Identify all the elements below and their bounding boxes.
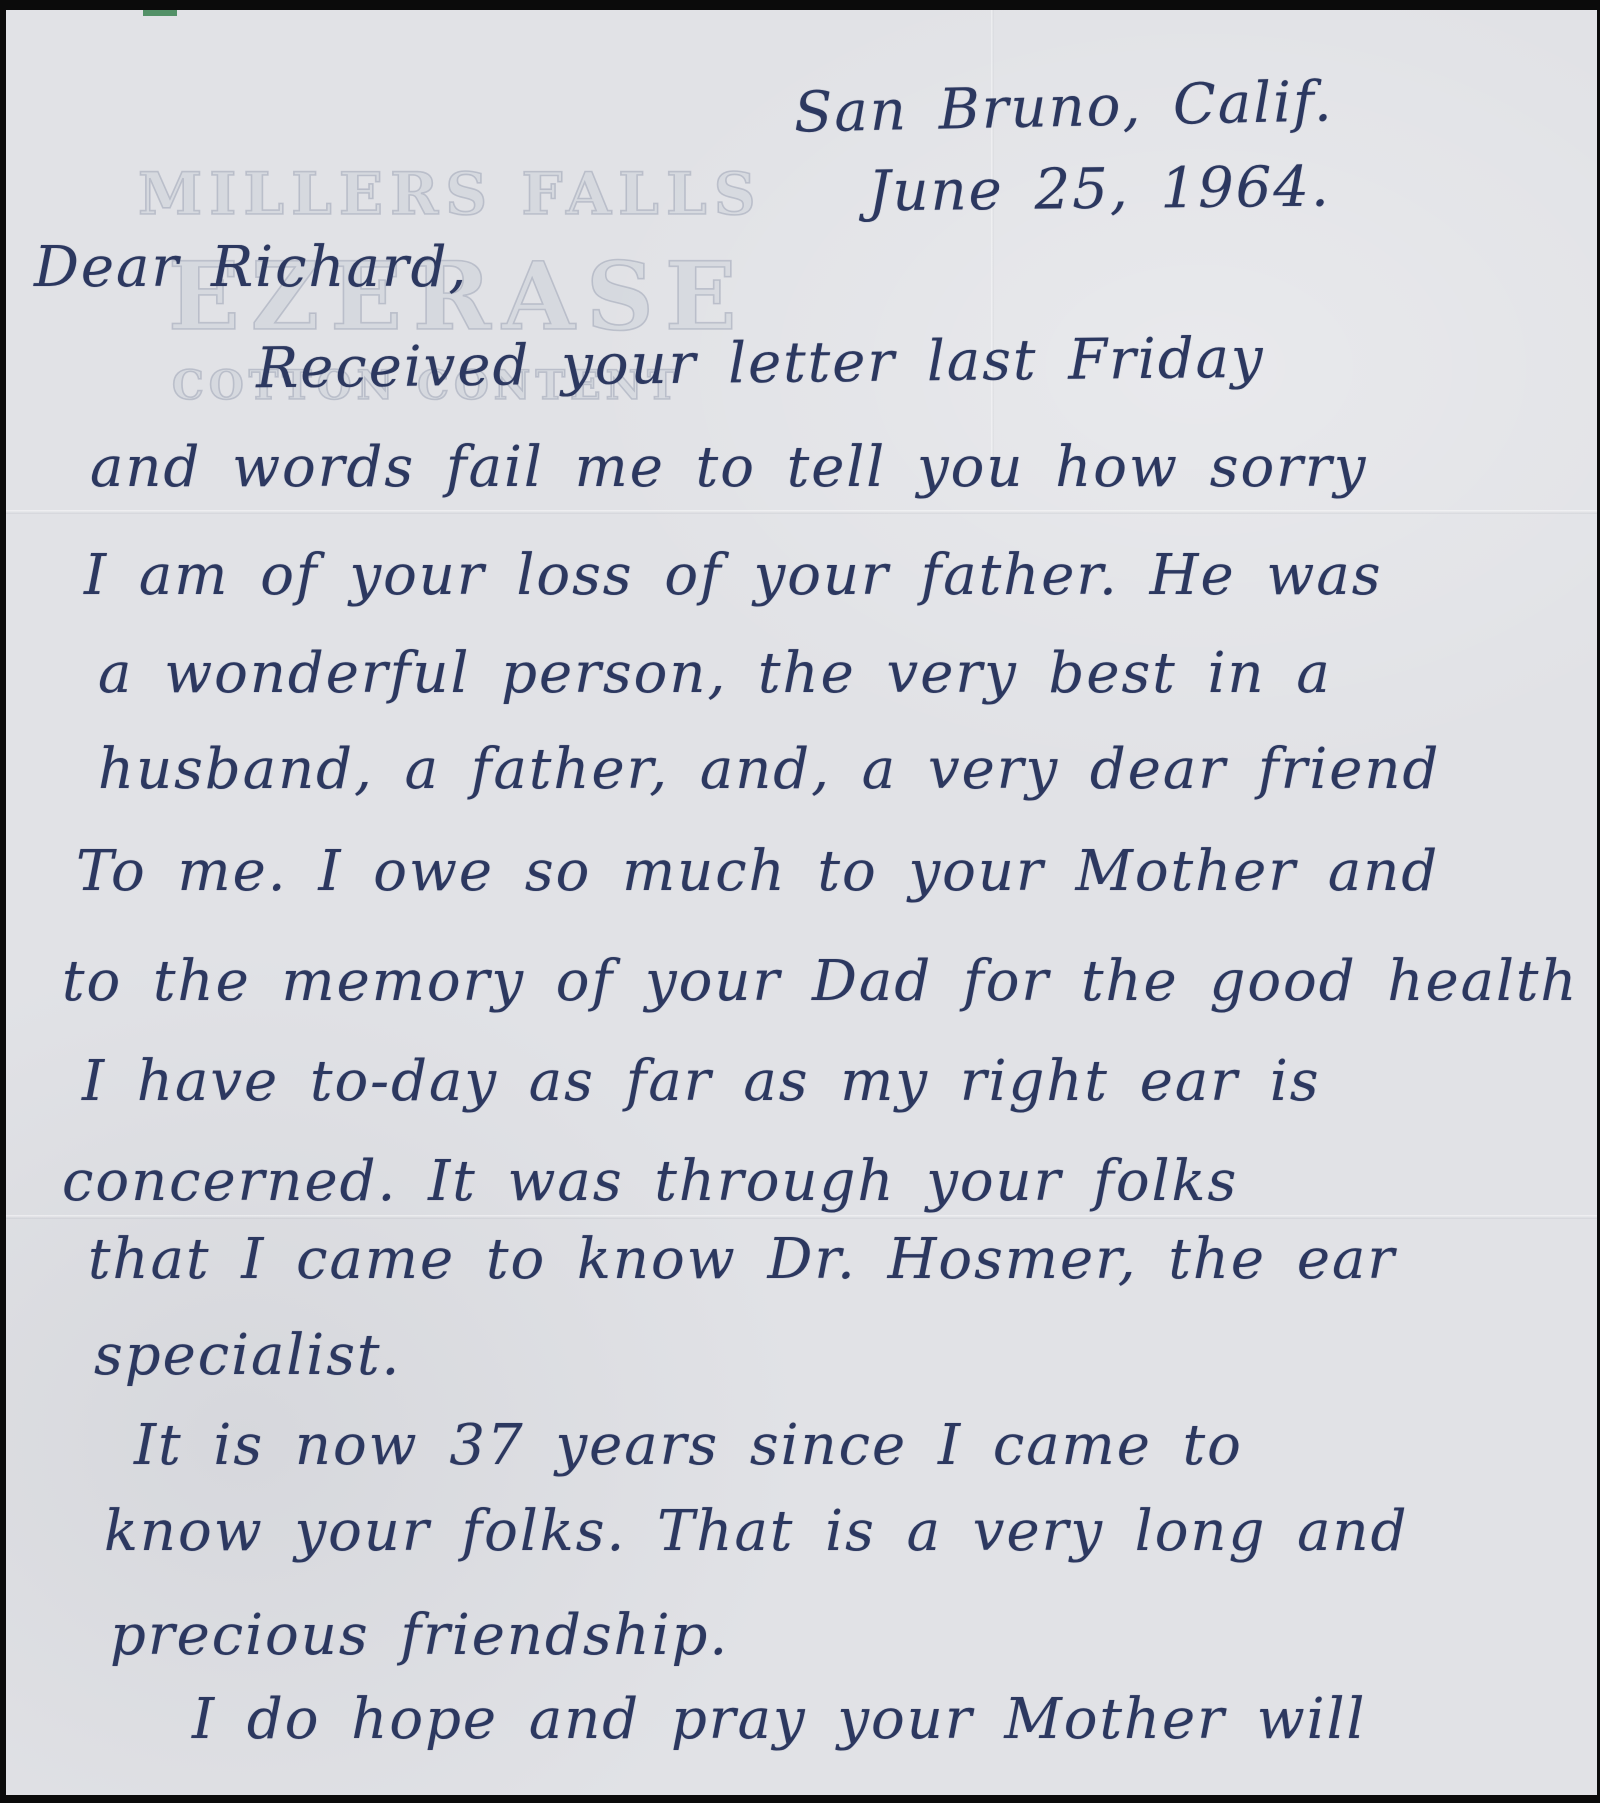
watermark-brand-line: MILLERS FALLS bbox=[138, 160, 763, 228]
scan-artifact-green bbox=[143, 10, 177, 16]
body-line: It is now 37 years since I came to bbox=[134, 1418, 1243, 1474]
letter-paper: MILLERS FALLS EZERASE COTTON CONTENT San… bbox=[6, 10, 1597, 1795]
body-line: Received your letter last Friday bbox=[256, 331, 1265, 398]
date-line: June 25, 1964. bbox=[868, 160, 1331, 221]
body-line: To me. I owe so much to your Mother and bbox=[76, 844, 1439, 900]
body-line: and words fail me to tell you how sorry bbox=[90, 440, 1367, 496]
fold-crease-upper bbox=[6, 510, 1597, 514]
body-line: know your folks. That is a very long and bbox=[104, 1504, 1408, 1560]
body-line: that I came to know Dr. Hosmer, the ear bbox=[88, 1232, 1396, 1288]
body-line: I have to-day as far as my right ear is bbox=[82, 1054, 1320, 1110]
body-line: specialist. bbox=[94, 1328, 401, 1384]
fold-crease-lower bbox=[6, 1215, 1597, 1219]
body-line: I am of your loss of your father. He was bbox=[84, 548, 1382, 604]
body-line: husband, a father, and, a very dear frie… bbox=[98, 742, 1440, 798]
body-line: concerned. It was through your folks bbox=[62, 1154, 1238, 1210]
scanned-letter-screenshot: { "letter": { "location": "San Bruno, Ca… bbox=[0, 0, 1600, 1803]
location-line: San Bruno, Calif. bbox=[793, 74, 1334, 141]
body-line: I do hope and pray your Mother will bbox=[192, 1692, 1366, 1748]
body-line: precious friendship. bbox=[110, 1608, 729, 1664]
salutation: Dear Richard, bbox=[34, 240, 468, 296]
body-line: to the memory of your Dad for the good h… bbox=[62, 954, 1578, 1010]
body-line: a wonderful person, the very best in a bbox=[98, 646, 1332, 702]
